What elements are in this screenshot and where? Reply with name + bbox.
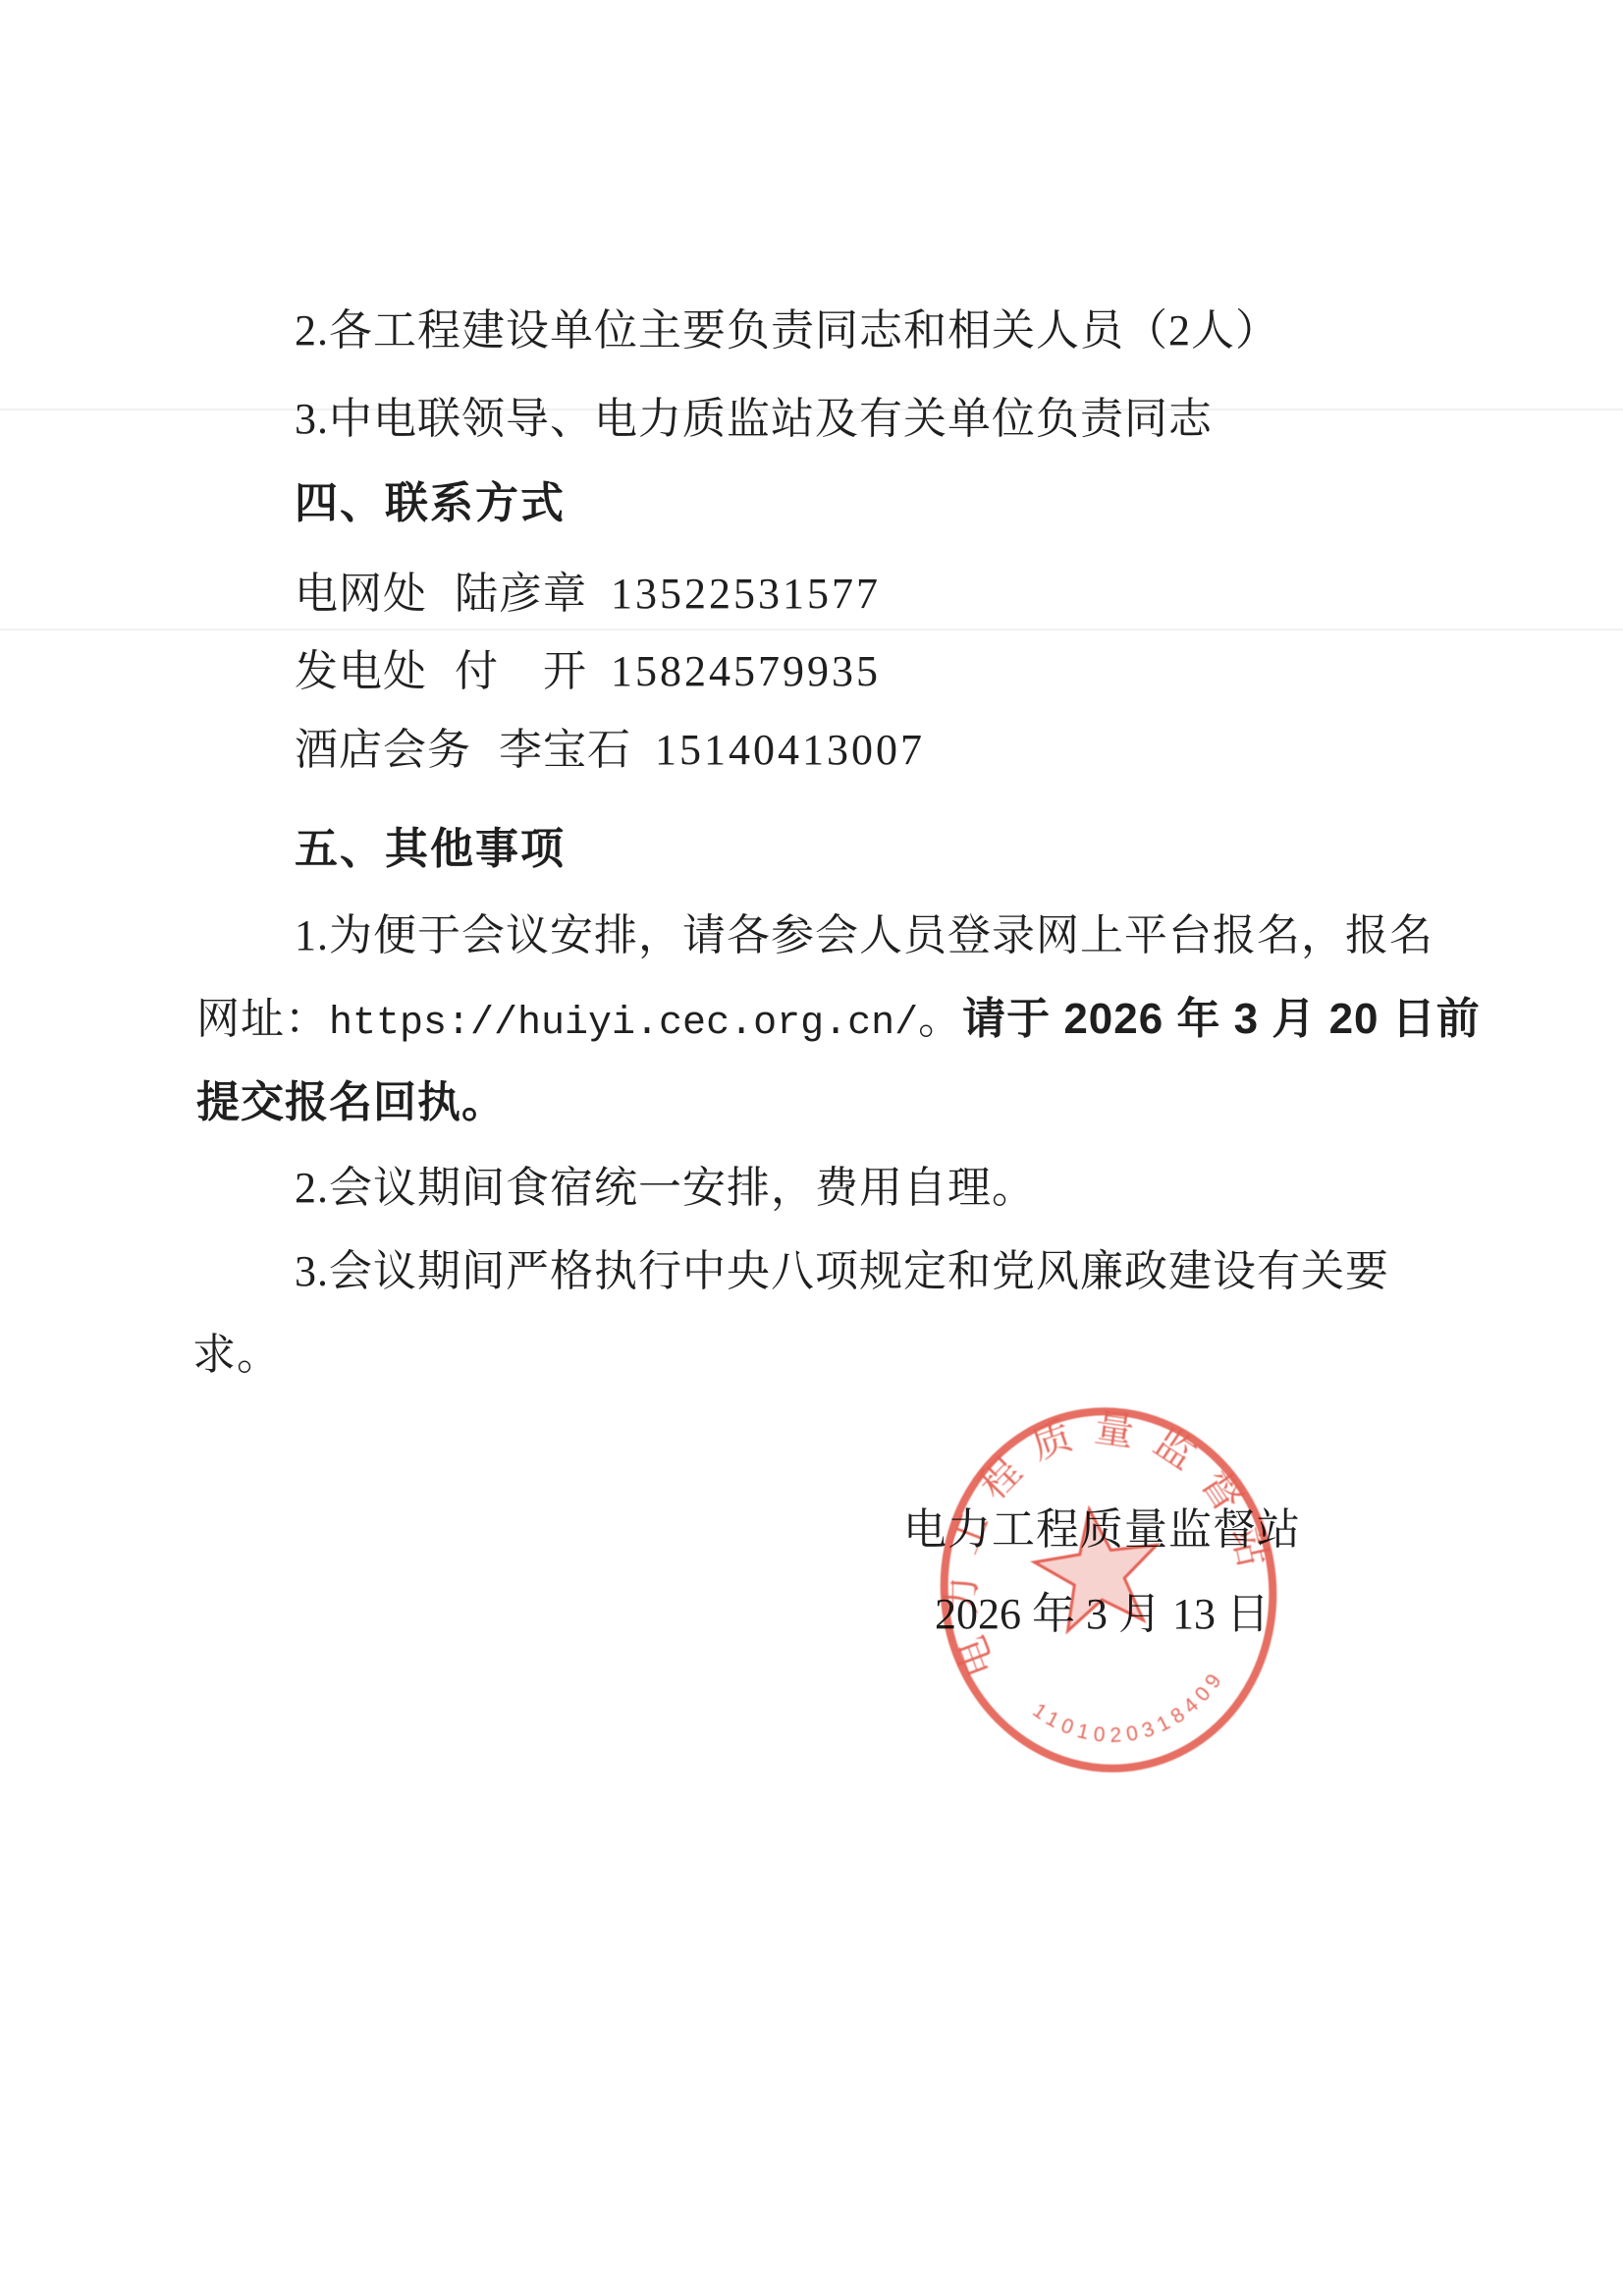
- other-item1-line1: 1.为便于会议安排，请各参会人员登录网上平台报名，报名: [295, 910, 1434, 961]
- contact-dept: 发电处: [295, 647, 427, 695]
- contact-row-generation-dept: 发电处付 开15824579935: [295, 646, 881, 697]
- scan-artifact-line: [0, 629, 1623, 630]
- attendee-item-3: 3.中电联领导、电力质监站及有关单位负责同志: [295, 394, 1213, 445]
- contact-dept: 酒店会务: [295, 726, 471, 774]
- seal-graphic: 电力工程质量监督站 1101020318409: [933, 1402, 1288, 1783]
- contact-name: 陆彦章: [455, 570, 587, 618]
- contact-phone: 15824579935: [611, 647, 881, 695]
- seal-code: 1101020318409: [1025, 1663, 1237, 1759]
- registration-url: https://huiyi.cec.org.cn/: [329, 1002, 918, 1046]
- seal-star-icon: [1028, 1501, 1166, 1634]
- document-page: 2.各工程建设单位主要负责同志和相关人员（2人） 3.中电联领导、电力质监站及有…: [0, 0, 1623, 2296]
- contact-phone: 15140413007: [655, 726, 925, 774]
- contact-phone: 13522531577: [611, 570, 881, 618]
- other-item3-line2: 求。: [192, 1330, 281, 1381]
- other-item1-line2: 网址：https://huiyi.cec.org.cn/。请于 2026 年 3…: [196, 994, 1481, 1050]
- official-seal: 电力工程质量监督站 1101020318409: [933, 1402, 1288, 1783]
- other-item1-line3: 提交报名回执。: [196, 1077, 506, 1128]
- contact-dept: 电网处: [295, 570, 427, 618]
- other-item2: 2.会议期间食宿统一安排，费用自理。: [295, 1163, 1036, 1214]
- deadline-bold-text: 请于 2026 年 3 月 20 日前: [962, 995, 1481, 1043]
- contact-row-grid-dept: 电网处陆彦章13522531577: [295, 569, 881, 620]
- other-item3-line1: 3.会议期间严格执行中央八项规定和党风廉政建设有关要: [295, 1246, 1389, 1297]
- url-label: 网址：: [196, 995, 329, 1043]
- section-heading-contact: 四、联系方式: [295, 478, 566, 529]
- attendee-item-2: 2.各工程建设单位主要负责同志和相关人员（2人）: [295, 305, 1279, 356]
- svg-text:1101020318409: 1101020318409: [1025, 1663, 1237, 1759]
- svg-text:电力工程质量监督站: 电力工程质量监督站: [933, 1402, 1287, 1684]
- contact-name: 付 开: [455, 647, 587, 695]
- section-heading-other: 五、其他事项: [295, 824, 566, 875]
- contact-name: 李宝石: [499, 726, 631, 774]
- seal-arc-text: 电力工程质量监督站: [933, 1402, 1287, 1684]
- contact-row-hotel-service: 酒店会务李宝石15140413007: [295, 725, 925, 776]
- period: 。: [918, 995, 962, 1043]
